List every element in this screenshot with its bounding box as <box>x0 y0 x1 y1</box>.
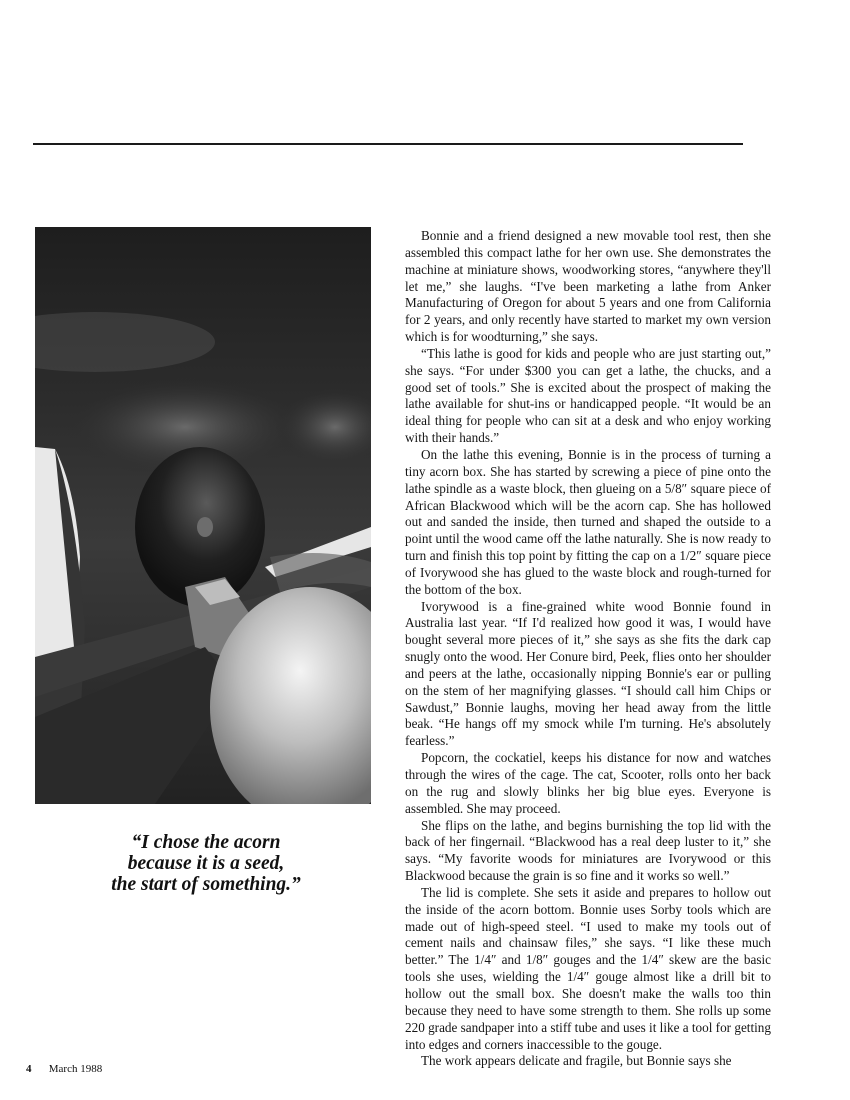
article-paragraph: Popcorn, the cockatiel, keeps his distan… <box>405 750 771 817</box>
photo-image <box>35 227 371 804</box>
article-paragraph: On the lathe this evening, Bonnie is in … <box>405 447 771 599</box>
header-rule <box>33 143 743 145</box>
pull-quote: “I chose the acorn because it is a seed,… <box>90 832 322 895</box>
article-paragraph: Bonnie and a friend designed a new movab… <box>405 228 771 346</box>
article-body: Bonnie and a friend designed a new movab… <box>405 228 771 1070</box>
lathe-photo <box>35 227 371 804</box>
page-footer: 4 March 1988 <box>26 1063 102 1075</box>
pull-quote-line: “I chose the acorn <box>90 832 322 853</box>
pull-quote-line: because it is a seed, <box>90 853 322 874</box>
pull-quote-line: the start of something.” <box>90 874 322 895</box>
article-paragraph: The work appears delicate and fragile, b… <box>405 1053 771 1070</box>
article-paragraph: “This lathe is good for kids and people … <box>405 346 771 447</box>
article-paragraph: The lid is complete. She sets it aside a… <box>405 885 771 1053</box>
article-paragraph: Ivorywood is a fine-grained white wood B… <box>405 599 771 751</box>
issue-date: March 1988 <box>49 1063 102 1075</box>
page-number: 4 <box>26 1063 46 1075</box>
article-paragraph: She flips on the lathe, and begins burni… <box>405 818 771 885</box>
